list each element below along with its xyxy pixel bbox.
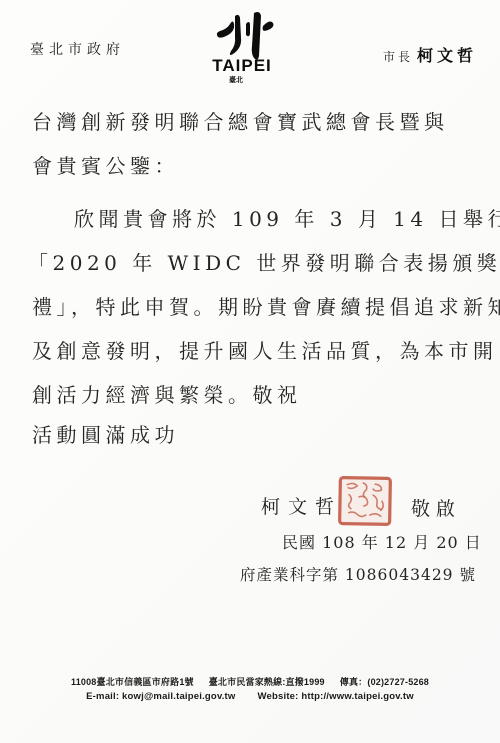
red-seal-stamp-icon: [337, 475, 395, 532]
letter-line-4: 「2020 年 WIDC 世界發明聯合表揚頒獎典: [28, 247, 500, 276]
footer-contact-line: 11008臺北市信義區市府路1號 臺北市民當家熱線:直撥1999 傳真：(02)…: [0, 675, 500, 688]
footer-web-line: E-mail: kowj@mail.taipei.gov.tw Website:…: [0, 691, 500, 702]
taipei-logo: TAIPEI 臺北: [187, 10, 297, 85]
taipei-logo-subscript: 臺北: [229, 75, 297, 85]
letter-line-blessing: 活動圓滿成功: [32, 419, 179, 448]
taipei-brush-bei-icon: [205, 10, 279, 62]
letter-line-5: 禮」，特此申賀。期盼貴會賡續提倡追求新知: [32, 291, 500, 320]
signature-date: 民國 108 年 12 月 20 日: [282, 530, 482, 553]
mayor-title: 市長: [383, 48, 413, 65]
footer-fax: 傳真：(02)2727-5268: [340, 675, 429, 688]
letter-line-salutation-1: 台灣創新發明聯合總會寶武總會長暨與: [32, 106, 449, 135]
agency-name: 臺北市政府: [30, 39, 125, 59]
footer-website: Website: http://www.taipei.gov.tw: [258, 691, 414, 702]
mayor-name: 柯文哲: [417, 43, 477, 66]
footer-email: E-mail: kowj@mail.taipei.gov.tw: [86, 691, 235, 702]
signature-name: 柯文哲: [261, 492, 342, 519]
letter-line-6: 及創意發明，提升國人生活品質，為本市開: [32, 335, 498, 364]
letter-line-7: 創活力經濟與繁榮。敬祝: [32, 379, 302, 408]
taipei-logo-word: TAIPEI: [187, 56, 297, 76]
signature-closing: 敬啟: [411, 494, 461, 521]
footer-hotline: 臺北市民當家熱線:直撥1999: [209, 675, 325, 688]
letter-line-salutation-2: 會貴賓公鑒：: [32, 150, 179, 179]
reference-number: 府產業科字第 1086043429 號: [240, 563, 476, 585]
footer-address: 11008臺北市信義區市府路1號: [71, 675, 194, 688]
scanned-letter-page: 臺北市政府 TAIPEI 臺北 市長 柯文哲 台灣創新發明聯合總會寶武總會長暨與…: [0, 0, 500, 743]
letter-line-3: 欣聞貴會將於 109 年 3 月 14 日舉行: [74, 203, 500, 232]
